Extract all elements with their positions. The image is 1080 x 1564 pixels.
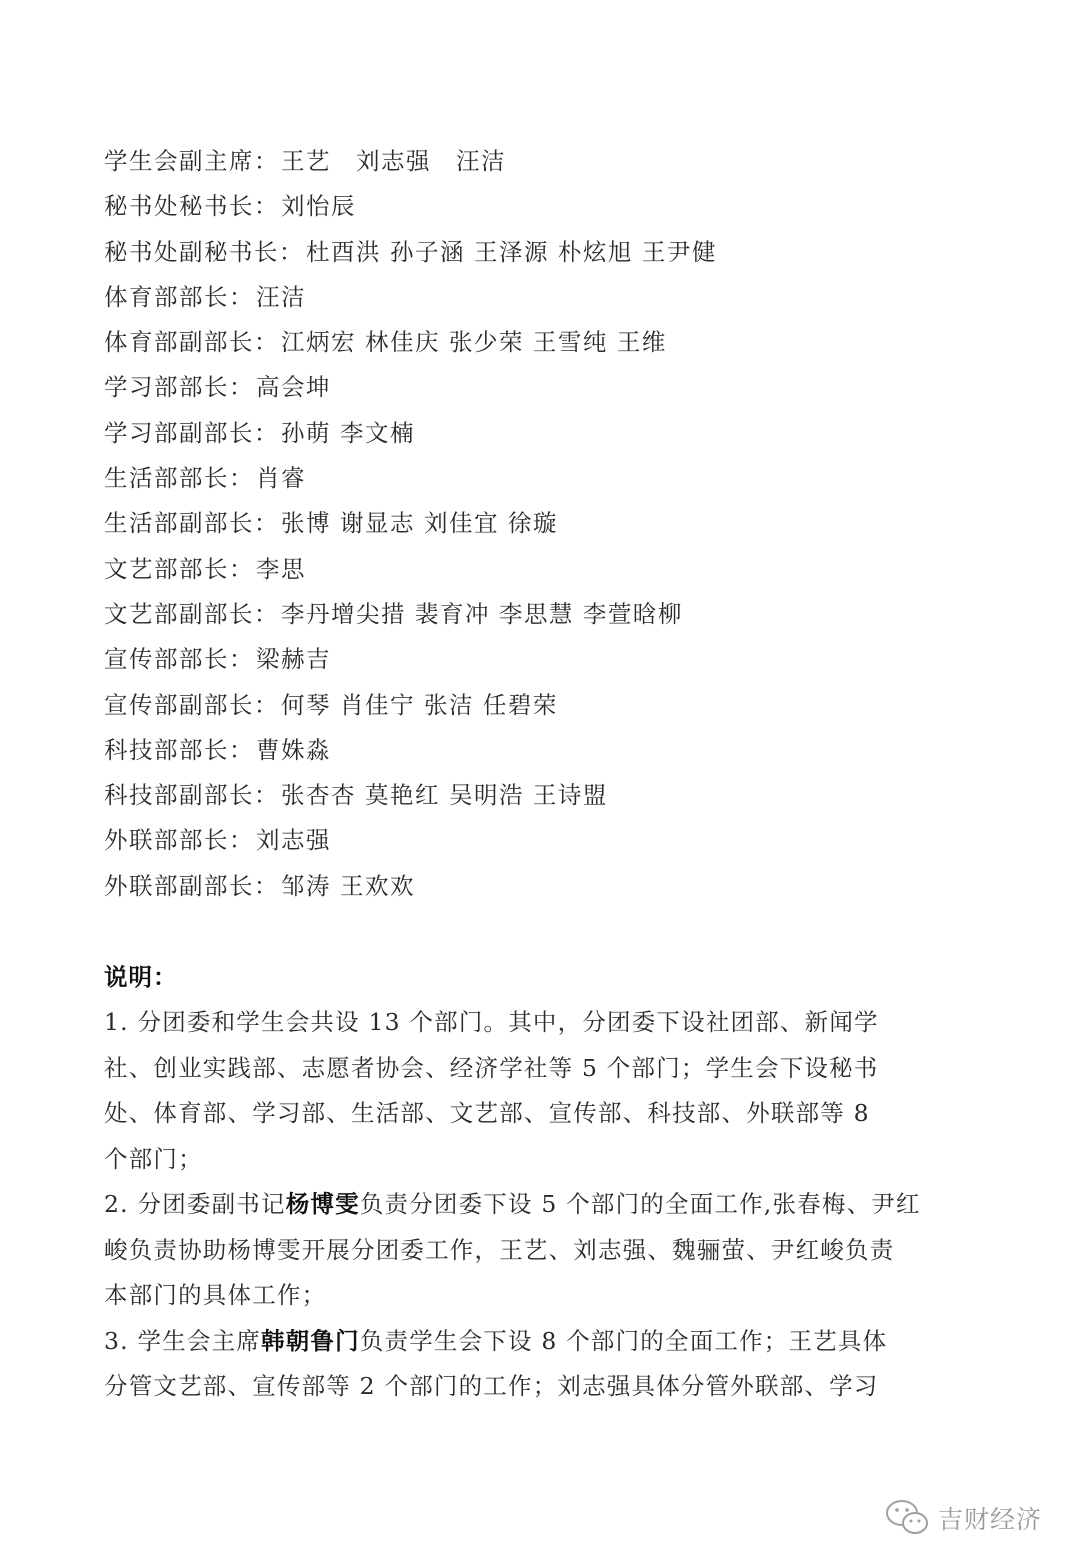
note-text: 处、体育部、学习部、生活部、文艺部、宣传部、科技部、外联部等 8 xyxy=(104,1099,870,1127)
names: 高会坤 xyxy=(256,373,331,401)
names: 刘志强 xyxy=(256,826,331,854)
note-text: 个部门； xyxy=(104,1145,203,1173)
note-line: 本部门的具体工作； xyxy=(104,1275,984,1321)
note-text: 本部门的具体工作； xyxy=(104,1281,326,1309)
note-line: 2. 分团委副书记杨博雯负责分团委下设 5 个部门的全面工作,张春梅、尹红 xyxy=(104,1184,984,1230)
note-text: 2. 分团委副书记 xyxy=(104,1190,286,1218)
roster-line: 秘书处秘书长：刘怡辰 xyxy=(104,186,717,231)
roster-line: 外联部副部长：邹涛 王欢欢 xyxy=(104,866,717,911)
wechat-icon xyxy=(884,1496,934,1540)
roster-line: 生活部部长：肖睿 xyxy=(104,458,717,503)
note-text: 1. 分团委和学生会共设 13 个部门。其中，分团委下设社团部、新闻学 xyxy=(104,1008,879,1036)
names: 曹姝淼 xyxy=(256,736,331,764)
names: 邹涛 王欢欢 xyxy=(281,872,415,900)
names: 何琴 肖佳宁 张洁 任碧荣 xyxy=(281,691,558,719)
roster-line: 外联部部长：刘志强 xyxy=(104,820,717,865)
note-line: 个部门； xyxy=(104,1139,984,1185)
roster-line: 宣传部副部长：何琴 肖佳宁 张洁 任碧荣 xyxy=(104,685,717,730)
note-line: 社、创业实践部、志愿者协会、经济学社等 5 个部门；学生会下设秘书 xyxy=(104,1048,984,1094)
role-label: 秘书处副秘书长： xyxy=(104,238,304,266)
names: 肖睿 xyxy=(256,464,306,492)
roster-line: 学习部部长：高会坤 xyxy=(104,367,717,412)
note-line: 处、体育部、学习部、生活部、文艺部、宣传部、科技部、外联部等 8 xyxy=(104,1093,984,1139)
role-label: 文艺部副部长： xyxy=(104,600,279,628)
note-bold: 韩朝鲁门 xyxy=(261,1327,360,1355)
names: 李丹增尖措 裴育冲 李思慧 李萱晗柳 xyxy=(281,600,683,628)
role-label: 文艺部部长： xyxy=(104,555,254,583)
roster-line: 科技部部长：曹姝淼 xyxy=(104,730,717,775)
role-label: 科技部部长： xyxy=(104,736,254,764)
note-line: 1. 分团委和学生会共设 13 个部门。其中，分团委下设社团部、新闻学 xyxy=(104,1002,984,1048)
note-text: 峻负责协助杨博雯开展分团委工作，王艺、刘志强、魏骊萤、尹红峻负责 xyxy=(104,1236,894,1264)
note-text: 分管文艺部、宣传部等 2 个部门的工作；刘志强具体分管外联部、学习 xyxy=(104,1372,879,1400)
watermark: 吉财经济 xyxy=(884,1496,1042,1540)
roster-line: 文艺部部长：李思 xyxy=(104,549,717,594)
notes-body: 1. 分团委和学生会共设 13 个部门。其中，分团委下设社团部、新闻学 社、创业… xyxy=(104,1002,984,1412)
names: 杜酉洪 孙子涵 王泽源 朴炫旭 王尹健 xyxy=(306,238,717,266)
role-label: 学习部部长： xyxy=(104,373,254,401)
roster-line: 体育部副部长：江炳宏 林佳庆 张少荣 王雪纯 王维 xyxy=(104,322,717,367)
names: 梁赫吉 xyxy=(256,645,331,673)
role-label: 生活部副部长： xyxy=(104,509,279,537)
names: 李思 xyxy=(256,555,306,583)
names: 王艺 刘志强 汪洁 xyxy=(281,147,506,175)
role-label: 秘书处秘书长： xyxy=(104,192,279,220)
names: 孙萌 李文楠 xyxy=(281,419,415,447)
role-label: 外联部部长： xyxy=(104,826,254,854)
roster-line: 科技部副部长：张杏杏 莫艳红 吴明浩 王诗盟 xyxy=(104,775,717,820)
role-label: 体育部部长： xyxy=(104,283,254,311)
names: 张博 谢显志 刘佳宜 徐璇 xyxy=(281,509,558,537)
roster-line: 体育部部长：汪洁 xyxy=(104,277,717,322)
note-line: 3. 学生会主席韩朝鲁门负责学生会下设 8 个部门的全面工作；王艺具体 xyxy=(104,1321,984,1367)
note-text: 3. 学生会主席 xyxy=(104,1327,261,1355)
note-line: 分管文艺部、宣传部等 2 个部门的工作；刘志强具体分管外联部、学习 xyxy=(104,1366,984,1412)
note-bold: 杨博雯 xyxy=(286,1190,360,1218)
roster-line: 文艺部副部长：李丹增尖措 裴育冲 李思慧 李萱晗柳 xyxy=(104,594,717,639)
names: 刘怡辰 xyxy=(281,192,356,220)
watermark-text: 吉财经济 xyxy=(938,1500,1042,1536)
note-text: 负责分团委下设 5 个部门的全面工作,张春梅、尹红 xyxy=(360,1190,921,1218)
role-label: 外联部副部长： xyxy=(104,872,279,900)
role-label: 生活部部长： xyxy=(104,464,254,492)
names: 江炳宏 林佳庆 张少荣 王雪纯 王维 xyxy=(281,328,667,356)
role-label: 宣传部副部长： xyxy=(104,691,279,719)
notes-title: 说明： xyxy=(104,958,178,992)
note-text: 负责学生会下设 8 个部门的全面工作；王艺具体 xyxy=(360,1327,888,1355)
role-label: 学生会副主席： xyxy=(104,147,279,175)
role-label: 科技部副部长： xyxy=(104,781,279,809)
roster-list: 学生会副主席：王艺 刘志强 汪洁 秘书处秘书长：刘怡辰 秘书处副秘书长：杜酉洪 … xyxy=(104,141,717,911)
role-label: 宣传部部长： xyxy=(104,645,254,673)
roster-line: 生活部副部长：张博 谢显志 刘佳宜 徐璇 xyxy=(104,503,717,548)
roster-line: 秘书处副秘书长：杜酉洪 孙子涵 王泽源 朴炫旭 王尹健 xyxy=(104,232,717,277)
names: 汪洁 xyxy=(256,283,306,311)
note-line: 峻负责协助杨博雯开展分团委工作，王艺、刘志强、魏骊萤、尹红峻负责 xyxy=(104,1230,984,1276)
roster-line: 学习部副部长：孙萌 李文楠 xyxy=(104,413,717,458)
names: 张杏杏 莫艳红 吴明浩 王诗盟 xyxy=(281,781,608,809)
note-text: 社、创业实践部、志愿者协会、经济学社等 5 个部门；学生会下设秘书 xyxy=(104,1054,879,1082)
role-label: 学习部副部长： xyxy=(104,419,279,447)
roster-line: 学生会副主席：王艺 刘志强 汪洁 xyxy=(104,141,717,186)
role-label: 体育部副部长： xyxy=(104,328,279,356)
roster-line: 宣传部部长：梁赫吉 xyxy=(104,639,717,684)
